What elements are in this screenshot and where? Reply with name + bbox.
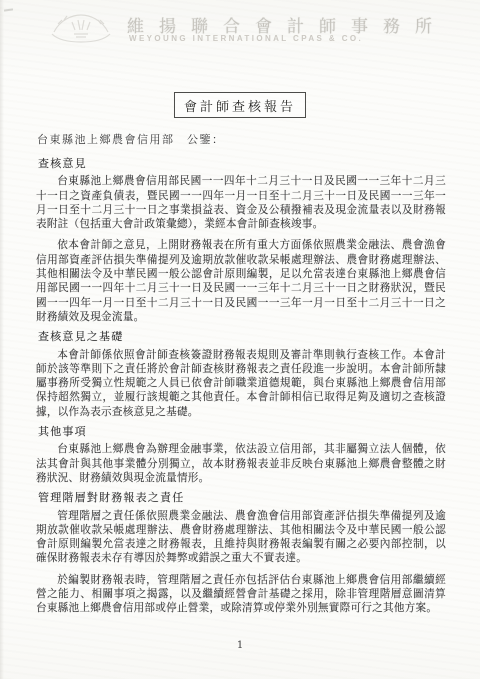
section-heading: 管理階層對財務報表之責任 xyxy=(38,491,446,505)
section-management-responsibility: 管理階層對財務報表之責任 管理階層之責任係依照農業金融法、農會漁會信用部資產評估… xyxy=(36,491,446,615)
section-heading: 查核意見之基礎 xyxy=(38,330,446,344)
scan-edge-shadow xyxy=(0,0,4,679)
section-basis-for-opinion: 查核意見之基礎 本會計師係依照會計師查核簽證財務報表規則及審計準則執行查核工作。… xyxy=(36,330,446,419)
page-number: 1 xyxy=(0,640,480,651)
paragraph: 台東縣池上鄉農會信用部民國一一四年十二月三十一日及民國一一三年十二月三十一日之資… xyxy=(36,174,446,231)
paragraph: 於編製財務報表時，管理階層之責任亦包括評估台東縣池上鄉農會信用部繼續經營之能力、… xyxy=(36,573,446,616)
section-audit-opinion: 查核意見 台東縣池上鄉農會信用部民國一一四年十二月三十一日及民國一一三年十二月三… xyxy=(36,157,446,324)
paragraph: 台東縣池上鄉農會為辦理金融事業，依法設立信用部，其非屬獨立法人個體，依法其會計與… xyxy=(36,442,446,485)
paragraph: 管理階層之責任係依照農業金融法、農會漁會信用部資產評估損失準備提列及逾期放款催收… xyxy=(36,509,446,566)
section-heading: 查核意見 xyxy=(38,157,446,171)
addressee-line: 台東縣池上鄉農會信用部 公鑒： xyxy=(37,131,225,147)
firm-logo-wreath-icon xyxy=(44,10,118,46)
paragraph: 依本會計師之意見，上開財務報表在所有重大方面係依照農業金融法、農會漁會信用部資產… xyxy=(36,238,446,324)
section-other-matters: 其他事項 台東縣池上鄉農會為辦理金融事業，依法設立信用部，其非屬獨立法人個體，依… xyxy=(36,425,446,485)
paragraph: 本會計師係依照會計師查核簽證財務報表規則及審計準則執行查核工作。本會計師於該等準… xyxy=(36,348,446,419)
letterhead: 維揚聯合會計師事務所 WEYOUNG INTERNATIONAL CPAS & … xyxy=(0,0,480,60)
report-title: 會計師查核報告 xyxy=(174,92,306,118)
firm-name-english: WEYOUNG INTERNATIONAL CPAS & CO. xyxy=(129,34,363,43)
report-body: 查核意見 台東縣池上鄉農會信用部民國一一四年十二月三十一日及民國一一三年十二月三… xyxy=(36,157,446,616)
section-heading: 其他事項 xyxy=(38,425,446,439)
